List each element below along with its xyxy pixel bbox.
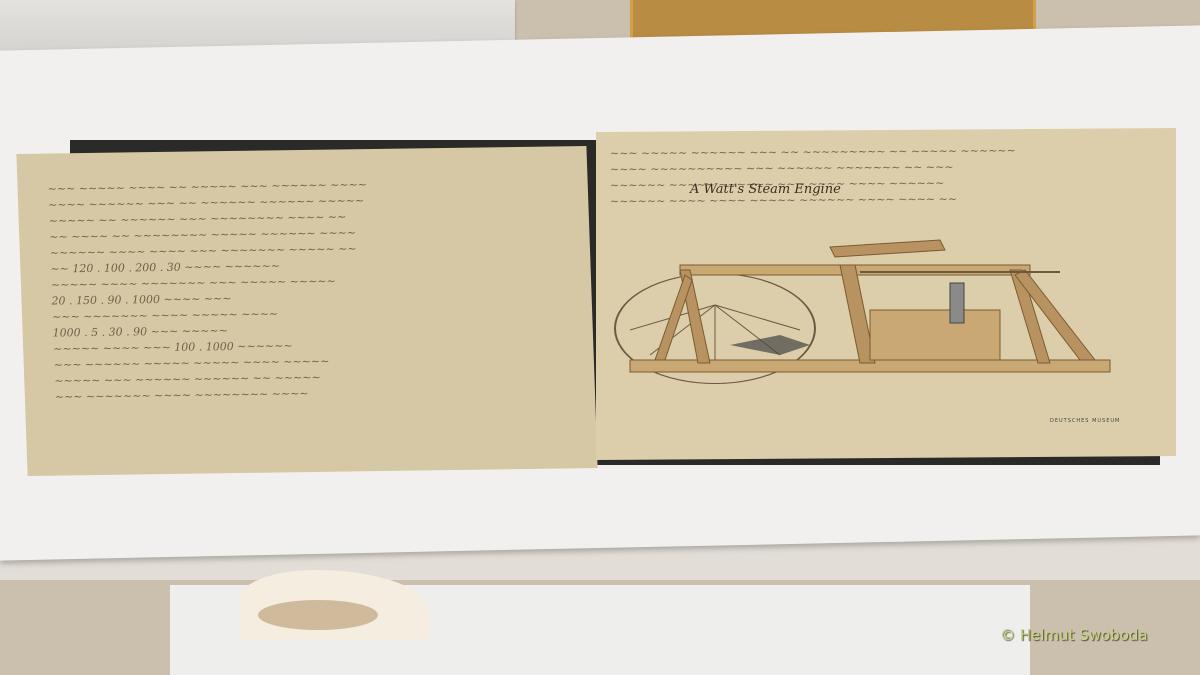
archive-stamp: DEUTSCHES MUSEUM <box>1050 418 1120 424</box>
handwritten-text: ~~~ ~~~~~ ~~~~ ~~ ~~~~~ ~~~ ~~~~~~ ~~~~~… <box>16 146 596 434</box>
steam-engine-drawing <box>610 235 1130 385</box>
drawing-caption: A Watt's Steam Engine <box>690 182 841 197</box>
handwritten-text: ~~~ ~~~~~ ~~~~~~ ~~~ ~~ ~~~~~~~~~ ~~ ~~~… <box>596 128 1176 224</box>
page-stain <box>258 600 378 630</box>
left-page: ~~~ ~~~~~ ~~~~ ~~ ~~~~~ ~~~ ~~~~~~ ~~~~~… <box>16 146 597 476</box>
photo-credit: © Helmut Swoboda <box>1000 626 1148 644</box>
